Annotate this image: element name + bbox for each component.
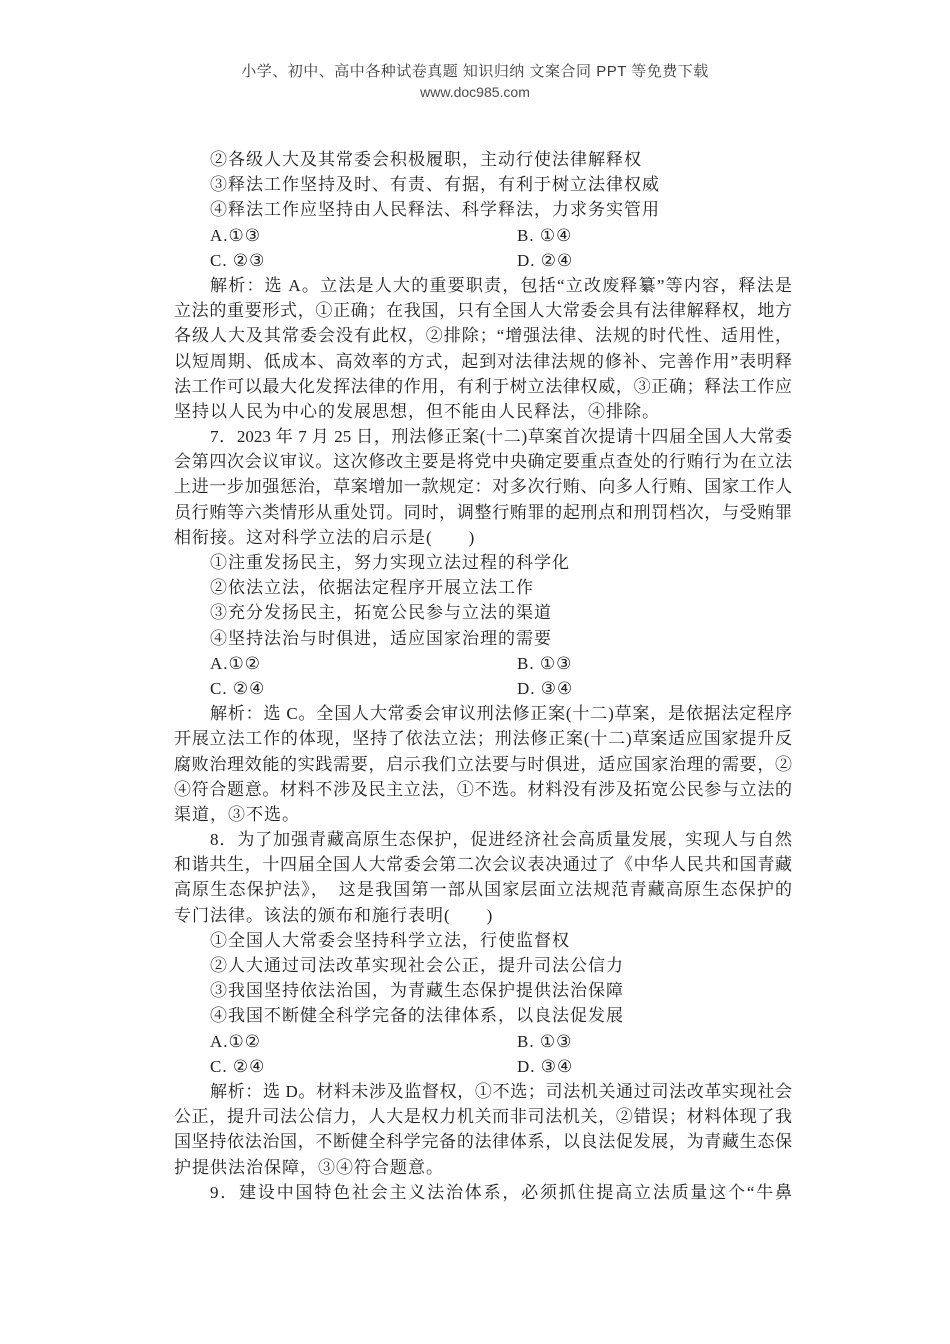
text-line: 上进一步加强惩治，草案增加一款规定：对多次行贿、向多人行贿、国家工作人 — [174, 474, 792, 499]
text-line: ④符合题意。材料不涉及民主立法，①不选。材料没有涉及拓宽公民参与立法的 — [174, 777, 792, 802]
answer-option-right: B. ①④ — [517, 223, 572, 248]
answer-options-row: C. ②④D. ③④ — [174, 676, 792, 701]
text-line: 员行贿等六类情形从重处罚。同时，调整行贿罪的起刑点和刑罚档次，与受贿罪 — [174, 500, 792, 525]
answer-option-left: C. ②③ — [210, 248, 265, 273]
text-line: 相衔接。这对科学立法的启示是( ) — [174, 525, 792, 550]
answer-option-left: A.①② — [210, 651, 261, 676]
answer-options-row: C. ②③D. ②④ — [174, 248, 792, 273]
site-url: www.doc985.com — [0, 83, 950, 101]
document-body: ②各级人大及其常委会积极履职，主动行使法律解释权③释法工作坚持及时、有责、有据，… — [174, 147, 792, 1205]
text-line: 和谐共生，十四届全国人大常委会第二次会议表决通过了《中华人民共和国青藏 — [174, 852, 792, 877]
answer-option-right: B. ①③ — [517, 1029, 572, 1054]
text-line: 高原生态保护法》， 这是我国第一部从国家层面立法规范青藏高原生态保护的 — [174, 877, 792, 902]
answer-option-right: D. ②④ — [517, 248, 573, 273]
text-line: ③释法工作坚持及时、有责、有据，有利于树立法律权威 — [174, 172, 792, 197]
answer-options-row: A.①②B. ①③ — [174, 1029, 792, 1054]
text-line: ③我国坚持依法治国，为青藏生态保护提供法治保障 — [174, 978, 792, 1003]
answer-option-right: D. ③④ — [517, 1054, 573, 1079]
text-line: ②依法立法，依据法定程序开展立法工作 — [174, 575, 792, 600]
answer-option-left: C. ②④ — [210, 1054, 265, 1079]
text-line: 腐败治理效能的实践需要，启示我们立法要与时俱进，适应国家治理的需要，② — [174, 752, 792, 777]
page-header: 小学、初中、高中各种试卷真题 知识归纳 文案合同 PPT 等免费下载 www.d… — [0, 62, 950, 101]
answer-option-left: A.①② — [210, 1029, 261, 1054]
answer-options-row: C. ②④D. ③④ — [174, 1054, 792, 1079]
text-line: ③充分发扬民主，拓宽公民参与立法的渠道 — [174, 600, 792, 625]
text-line: 9．建设中国特色社会主义法治体系，必须抓住提高立法质量这个“牛鼻 — [174, 1180, 792, 1205]
download-banner-text: 小学、初中、高中各种试卷真题 知识归纳 文案合同 PPT 等免费下载 — [0, 62, 950, 81]
text-line: 各级人大及其常委会没有此权，②排除；“增强法律、法规的时代性、适用性， — [174, 323, 792, 348]
text-line: 渠道，③不选。 — [174, 802, 792, 827]
text-line: 开展立法工作的体现，坚持了依法立法；刑法修正案(十二)草案适应国家提升反 — [174, 726, 792, 751]
answer-option-left: A.①③ — [210, 223, 261, 248]
answer-options-row: A.①②B. ①③ — [174, 651, 792, 676]
text-line: ①全国人大常委会坚持科学立法，行使监督权 — [174, 928, 792, 953]
document-page: 小学、初中、高中各种试卷真题 知识归纳 文案合同 PPT 等免费下载 www.d… — [0, 0, 950, 1344]
text-line: ④坚持法治与时俱进，适应国家治理的需要 — [174, 626, 792, 651]
text-line: ①注重发扬民主，努力实现立法过程的科学化 — [174, 550, 792, 575]
text-line: ②人大通过司法改革实现社会公正，提升司法公信力 — [174, 953, 792, 978]
text-line: 解析：选 C。全国人大常委会审议刑法修正案(十二)草案，是依据法定程序 — [174, 701, 792, 726]
text-line: 专门法律。该法的颁布和施行表明( ) — [174, 903, 792, 928]
answer-option-right: B. ①③ — [517, 651, 572, 676]
answer-options-row: A.①③B. ①④ — [174, 223, 792, 248]
text-line: 护提供法治保障，③④符合题意。 — [174, 1155, 792, 1180]
text-line: 会第四次会议审议。这次修改主要是将党中央确定要重点查处的行贿行为在立法 — [174, 449, 792, 474]
answer-option-left: C. ②④ — [210, 676, 265, 701]
text-line: 8．为了加强青藏高原生态保护，促进经济社会高质量发展，实现人与自然 — [174, 827, 792, 852]
text-line: 国坚持依法治国，不断健全科学完备的法律体系，以良法促发展，为青藏生态保 — [174, 1129, 792, 1154]
text-line: ②各级人大及其常委会积极履职，主动行使法律解释权 — [174, 147, 792, 172]
text-line: 立法的重要形式，①正确；在我国，只有全国人大常委会具有法律解释权，地方 — [174, 298, 792, 323]
text-line: 法工作可以最大化发挥法律的作用，有利于树立法律权威，③正确；释法工作应 — [174, 374, 792, 399]
text-line: 以短周期、低成本、高效率的方式，起到对法律法规的修补、完善作用”表明释 — [174, 349, 792, 374]
text-line: ④释法工作应坚持由人民释法、科学释法，力求务实管用 — [174, 197, 792, 222]
text-line: 7．2023 年 7 月 25 日，刑法修正案(十二)草案首次提请十四届全国人大… — [174, 424, 792, 449]
text-line: 解析：选 D。材料未涉及监督权，①不选；司法机关通过司法改革实现社会 — [174, 1079, 792, 1104]
text-line: 解析：选 A。立法是人大的重要职责，包括“立改废释纂”等内容，释法是 — [174, 273, 792, 298]
answer-option-right: D. ③④ — [517, 676, 573, 701]
text-line: ④我国不断健全科学完备的法律体系，以良法促发展 — [174, 1003, 792, 1028]
text-line: 坚持以人民为中心的发展思想，但不能由人民释法，④排除。 — [174, 399, 792, 424]
text-line: 公正，提升司法公信力，人大是权力机关而非司法机关，②错误；材料体现了我 — [174, 1104, 792, 1129]
